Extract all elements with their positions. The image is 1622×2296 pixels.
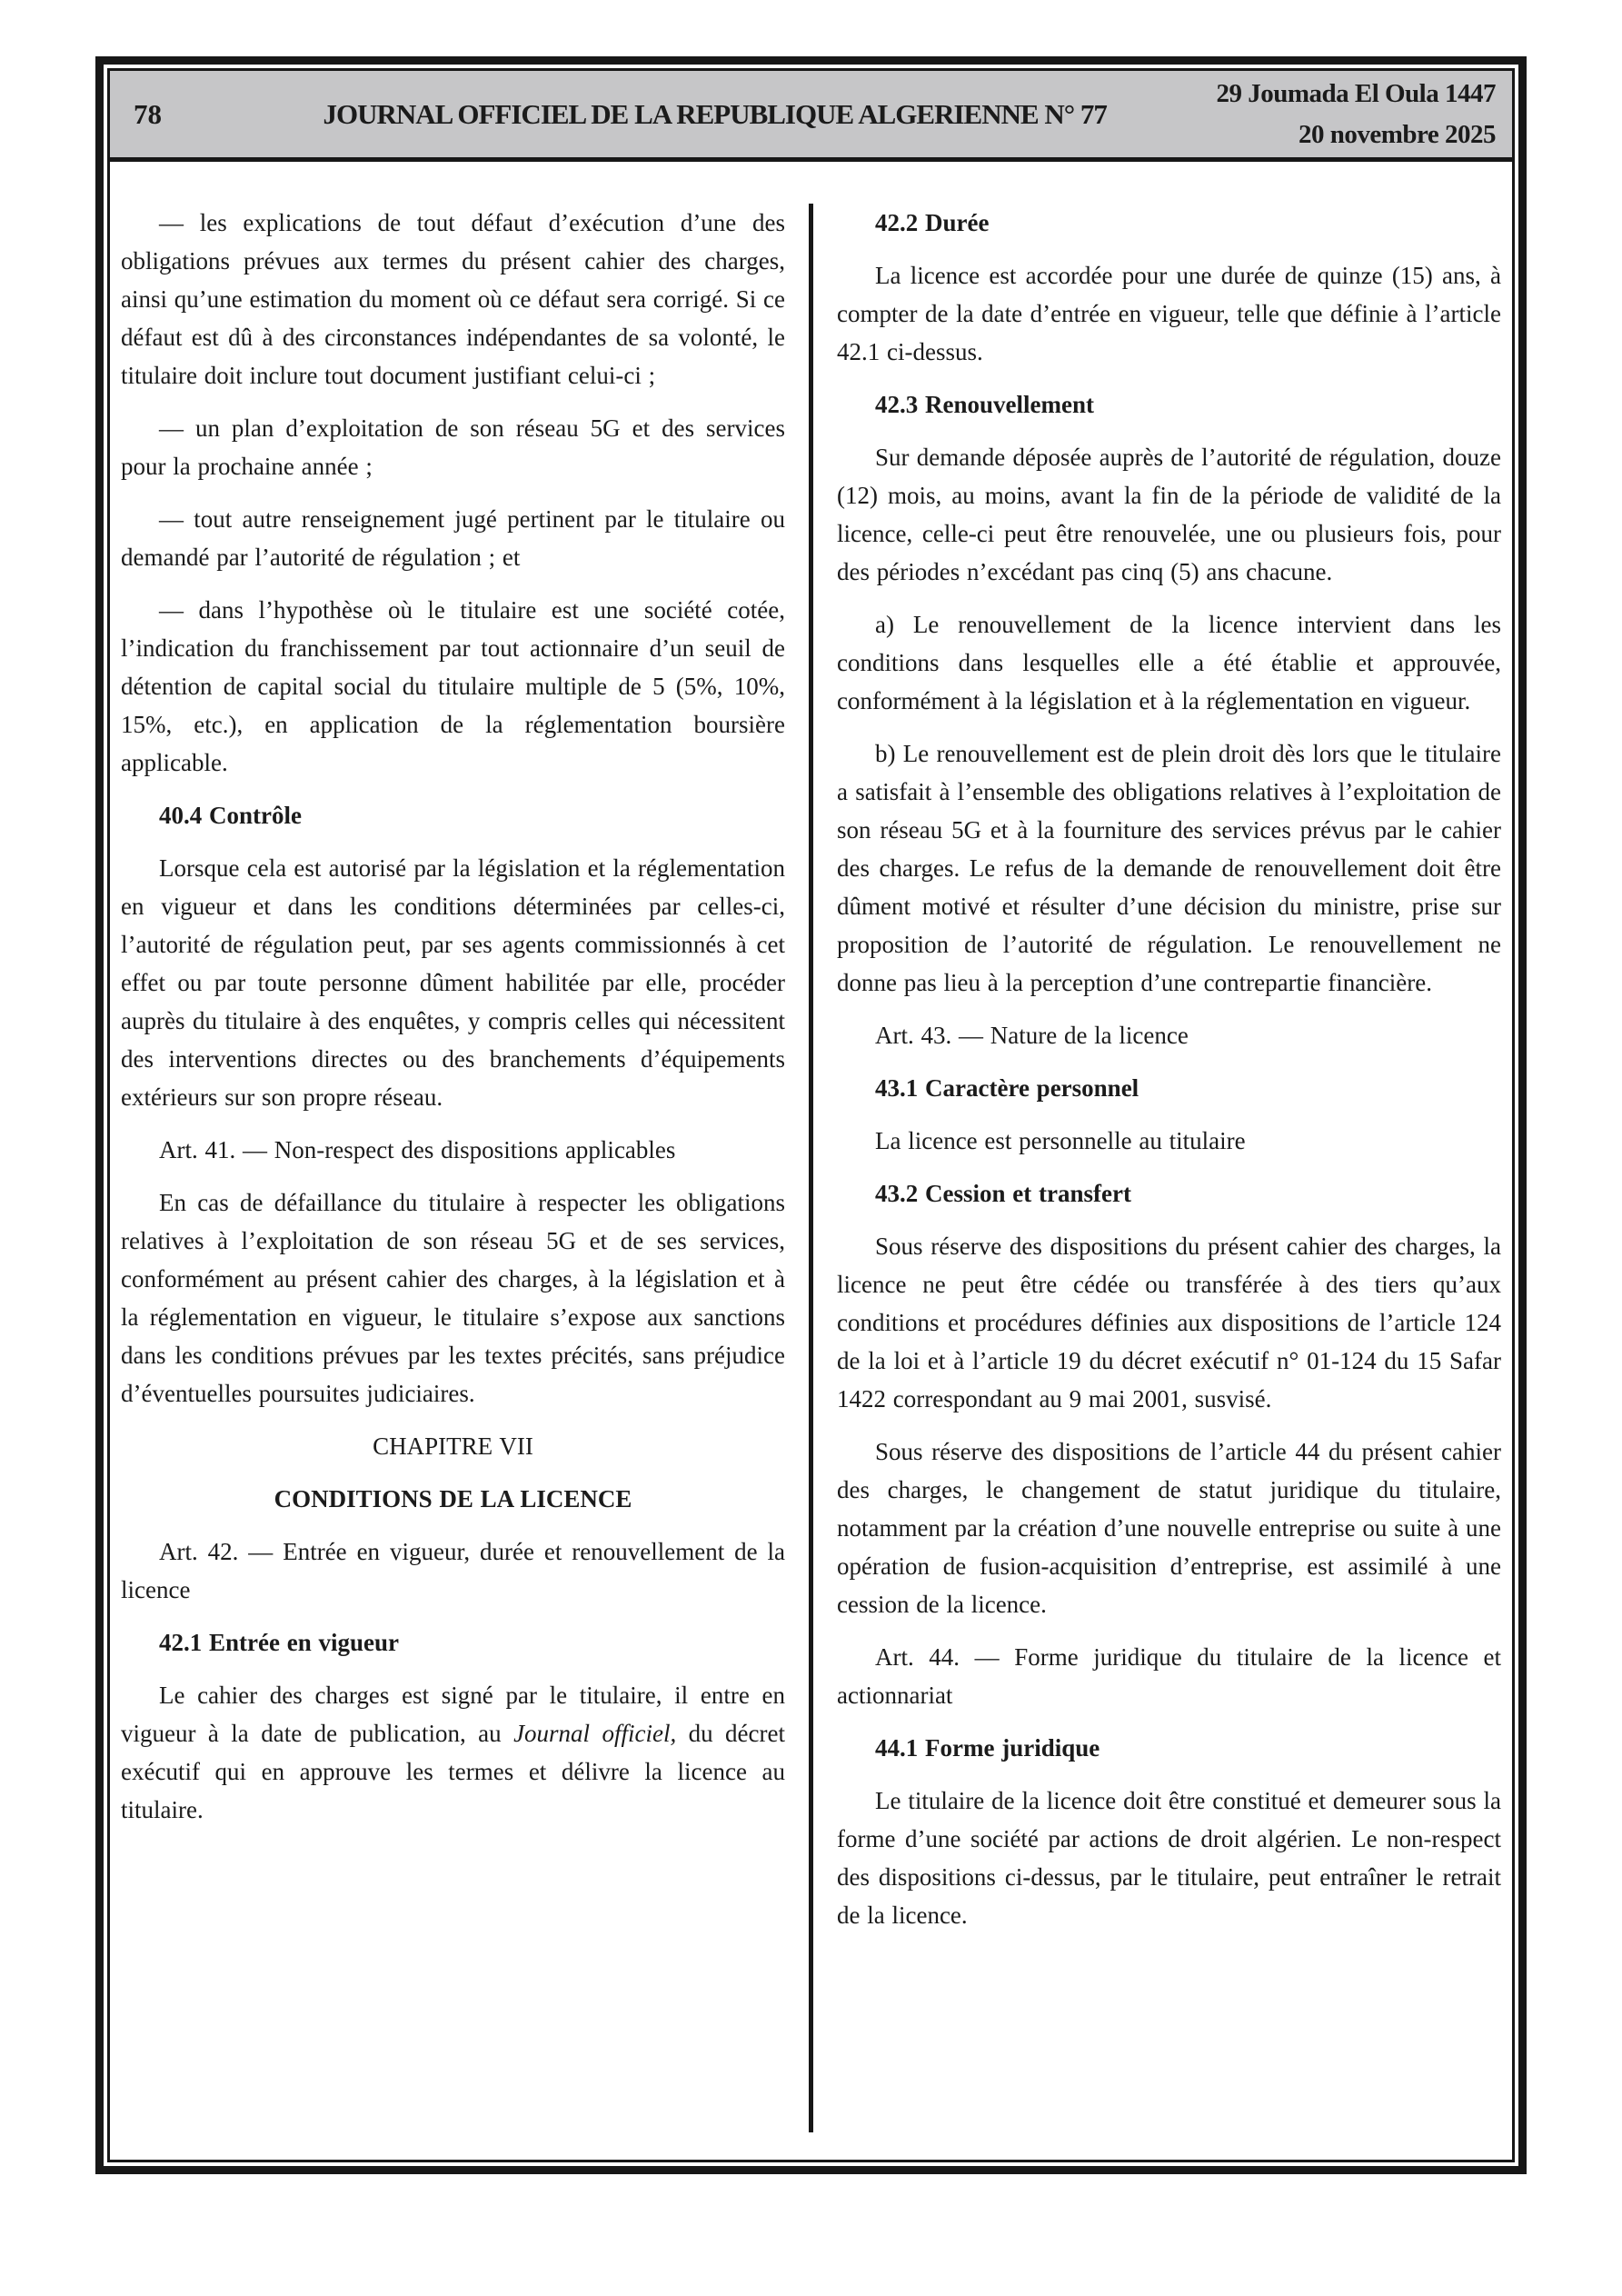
article-heading: Art. 43. — Nature de la licence: [837, 1016, 1501, 1054]
section-heading: 43.1 Caractère personnel: [837, 1069, 1501, 1107]
journal-title: JOURNAL OFFICIEL DE LA REPUBLIQUE ALGERI…: [214, 98, 1216, 131]
date-gregorian: 20 novembre 2025: [1216, 115, 1496, 155]
paragraph: b) Le renouvellement est de plein droit …: [837, 734, 1501, 1002]
paragraph: — dans l’hypothèse où le titulaire est u…: [121, 591, 785, 782]
paragraph: Sous réserve des dispositions de l’artic…: [837, 1433, 1501, 1623]
section-heading: 44.1 Forme juridique: [837, 1729, 1501, 1767]
paragraph: Le cahier des charges est signé par le t…: [121, 1676, 785, 1829]
date-hijri: 29 Joumada El Oula 1447: [1216, 74, 1496, 115]
paragraph: — un plan d’exploitation de son réseau 5…: [121, 409, 785, 485]
left-column: — les explications de tout défaut d’exéc…: [110, 162, 809, 2160]
article-heading: Art. 42. — Entrée en vigueur, durée et r…: [121, 1532, 785, 1609]
header-band: 78 JOURNAL OFFICIEL DE LA REPUBLIQUE ALG…: [110, 71, 1512, 162]
paragraph: La licence est accordée pour une durée d…: [837, 256, 1501, 371]
article-heading: Art. 41. — Non-respect des dispositions …: [121, 1131, 785, 1169]
paragraph: a) Le renouvellement de la licence inter…: [837, 605, 1501, 720]
section-heading: 42.2 Durée: [837, 204, 1501, 242]
section-heading: 42.1 Entrée en vigueur: [121, 1623, 785, 1662]
article-heading: Art. 44. — Forme juridique du titulaire …: [837, 1638, 1501, 1714]
paragraph: Le titulaire de la licence doit être con…: [837, 1782, 1501, 1934]
paragraph: Lorsque cela est autorisé par la législa…: [121, 849, 785, 1116]
paragraph: En cas de défaillance du titulaire à res…: [121, 1183, 785, 1413]
section-heading: 43.2 Cession et transfert: [837, 1174, 1501, 1213]
chapter-label: CHAPITRE VII: [121, 1427, 785, 1465]
page-frame: 78 JOURNAL OFFICIEL DE LA REPUBLIQUE ALG…: [95, 56, 1527, 2174]
section-heading: 42.3 Renouvellement: [837, 385, 1501, 424]
italic-run: Journal officiel,: [513, 1720, 676, 1747]
paragraph: — tout autre renseignement jugé pertinen…: [121, 500, 785, 576]
chapter-title: CONDITIONS DE LA LICENCE: [121, 1480, 785, 1518]
right-column: 42.2 DuréeLa licence est accordée pour u…: [813, 162, 1512, 2160]
header-dates: 29 Joumada El Oula 1447 20 novembre 2025: [1216, 74, 1512, 155]
paragraph: La licence est personnelle au titulaire: [837, 1122, 1501, 1160]
page-frame-inner: 78 JOURNAL OFFICIEL DE LA REPUBLIQUE ALG…: [107, 68, 1515, 2162]
two-column-body: — les explications de tout défaut d’exéc…: [110, 162, 1512, 2160]
paragraph: Sur demande déposée auprès de l’autorité…: [837, 438, 1501, 591]
page-number: 78: [110, 98, 214, 131]
section-heading: 40.4 Contrôle: [121, 796, 785, 834]
paragraph: — les explications de tout défaut d’exéc…: [121, 204, 785, 394]
paragraph: Sous réserve des dispositions du présent…: [837, 1227, 1501, 1418]
